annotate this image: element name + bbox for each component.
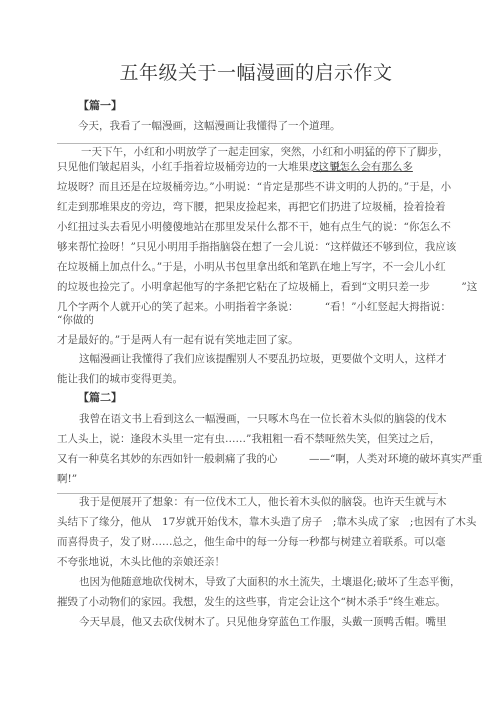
text-line: 我曾在语文书上看到这么一幅漫画，一只啄木鸟在一位长着木头似的脑袋的伐木 (79, 412, 447, 426)
text-line: 今天早晨，他又去砍伐树木了。只见他身穿蓝色工作服，头戴一顶鸭舌帽。嘴里 (79, 615, 447, 629)
text-line: 一天下午，小红和小明放学了一起走回家，突然，小红和小明猛的停下了脚步， (81, 145, 449, 159)
text-line: 小红扭过头去看见小明傻傻地站在那里发呆什么都不干，她有点生气的说：“你怎么不 (57, 220, 451, 234)
text-line: 今天，我看了一幅漫画，这幅漫画让我懂得了一个道理。 (78, 119, 341, 133)
divider (57, 493, 438, 494)
text-line: 够来帮忙捡呀！”只见小明用手指指脑袋在想了一会儿说：“这样做还不够到位，我应该 (57, 240, 456, 254)
text-line: 啊!” (57, 472, 77, 486)
text-line: 垃圾呀？而且还是在垃圾桶旁边。”小明说：“肯定是那些不讲文明的人扔的。”于是，小 (57, 180, 451, 194)
divider (57, 143, 438, 144)
text-line: 才是最好的。”于是两人有一起有说有笑地走回了家。 (57, 333, 299, 347)
section-heading-1: 【篇一】 (78, 99, 122, 113)
text-line: 能让我们的城市变得更美。 (57, 372, 183, 386)
text-line: 不夸张地说，木头比他的亲娘还亲！ (57, 555, 225, 569)
text-line: 也因为他随意地砍伐树木，导致了大面积的水土流失，土壤退化;破坏了生态平衡， (79, 575, 461, 589)
text-line: 几个字两个人就开心的笑了起来。小明指着字条说： “看！”小红竖起大拇指说： (57, 300, 451, 314)
text-line: 只见他们皱起眉头，小红手指着垃圾桶旁边的一大堆果皮，说： (57, 160, 351, 174)
text-line: 头结下了缘分，他从 17岁就开始伐木，靠木头造了房子 ;靠木头成了家 ;也因有了… (57, 515, 476, 529)
text-line: 在垃圾桶上加点什么。”于是，小明从书包里拿出纸和笔趴在地上写字，不一会儿小红 (57, 260, 446, 274)
text-line: 摧毁了小动物们的家园。我想，发生的这些事，肯定会让这个“树木杀手”终生难忘。 (57, 595, 446, 609)
section-heading-2: 【篇二】 (78, 391, 122, 405)
page-title: 五年级关于一幅漫画的启示作文 (0, 58, 500, 85)
text-line: 工人头上，说：逢段木头里一定有虫……”我粗粗一看不禁哑然失笑，但笑过之后， (57, 432, 440, 446)
text-line: 红走到那堆果皮的旁边，弯下腰，把果皮捡起来，再把它们扔进了垃圾桶，捡着捡着 (57, 200, 446, 214)
text-line: 我于是便展开了想象：有一位伐木工人，他长着木头似的脑袋。也许天生就与木 (79, 495, 447, 509)
text-line: 这幅漫画让我懂得了我们应该提醒别人不要乱扔垃圾，更要做个文明人，这样才 (79, 352, 447, 366)
text-line: 而喜得贵子，发了财……总之，他生命中的每一分每一秒都与树建立着联系。可以毫 (57, 535, 446, 549)
text-line: 的垃圾也捡完了。小明拿起他写的字条把它粘在了垃圾桶上，看到“文明只差一步 ”这 (57, 280, 477, 294)
text-line: “你做的 (57, 313, 94, 327)
text-line: 又有一种莫名其妙的东西如针一般刺痛了我的心 ——“啊，人类对环境的破坏真实严重 (57, 452, 482, 466)
text-line: “这里怎么会有那么多 (313, 160, 413, 174)
